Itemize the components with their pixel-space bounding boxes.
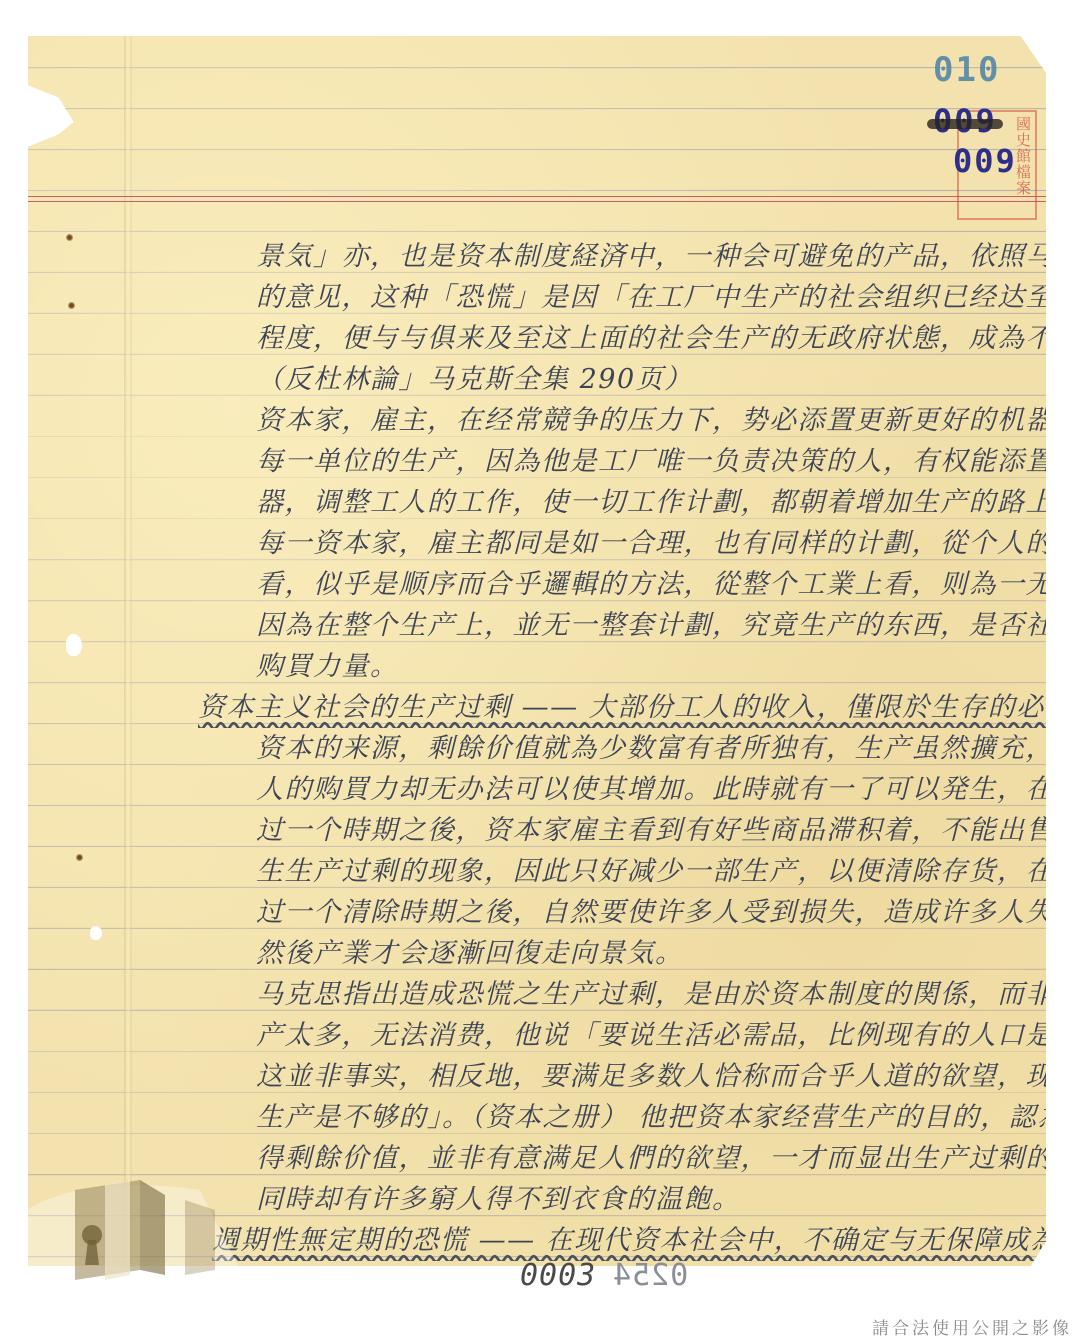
text-line: 然後产業才会逐漸回復走向景気。: [256, 933, 1076, 974]
text-line: 生生产过剩的现象，因此只好减少一部生产，以便清除存货，在经: [256, 851, 1076, 892]
archive-stamp-area: 國史館檔案 010 009 009: [905, 40, 1045, 200]
punch-hole: [68, 302, 75, 309]
text-line: 资本家，雇主，在经常競争的压力下，势必添置更新更好的机器，以增加: [256, 400, 1076, 441]
text-line: 马克思指出造成恐慌之生产过剩，是由於资本制度的関係，而非真的生: [256, 974, 1076, 1015]
text-line: 器，调整工人的工作，使一切工作计劃，都朝着增加生产的路上走。因為: [256, 482, 1076, 523]
text-line: 同時却有许多窮人得不到衣食的温飽。: [256, 1179, 1076, 1220]
section-heading-line: 週期性無定期的恐慌 —— 在现代资本社会中，不确定与无保障成為正常: [212, 1220, 1076, 1261]
paper-tear: [66, 634, 82, 656]
text-line: 过一个時期之後，资本家雇主看到有好些商品滞积着，不能出售，将会发: [256, 810, 1076, 851]
text-line: 看，似乎是顺序而合乎邏輯的方法，從整个工業上看，则為一无政府状態。: [256, 564, 1076, 605]
stamp-number-blue: 010: [933, 50, 1000, 90]
text-line: 生产是不够的」。（资本之册） 他把资本家经营生产的目的，認為是要取: [256, 1097, 1076, 1138]
text-line: 每一资本家，雇主都同是如一合理，也有同样的计劃，從个人的观点上: [256, 523, 1076, 564]
paper-tear: [90, 926, 102, 940]
stamp-page-number: 009: [953, 142, 1017, 180]
text-line: （反杜林論」马克斯全集 290页）: [256, 359, 1076, 400]
text-line: 得剩餘价值，並非有意满足人們的欲望，一才而显出生产过剩的现象: [256, 1138, 1076, 1179]
text-line: 购買力量。: [256, 646, 1076, 687]
paper-sheet: 景気」亦，也是资本制度経済中，一种会可避免的产品，依照马恩两氏 的意见，这种「恐…: [28, 36, 1046, 1266]
punch-hole: [76, 854, 83, 861]
text-line: 过一个清除時期之後，自然要使许多人受到损失，造成许多人失業，: [256, 892, 1076, 933]
section-heading-line: 资本主义社会的生产过剩 —— 大部份工人的收入，僅限於生存的必需線上: [198, 687, 1076, 728]
text-line: 景気」亦，也是资本制度経済中，一种会可避免的产品，依照马恩两氏: [256, 236, 1076, 277]
usage-notice: 請合法使用公開之影像: [872, 1314, 1072, 1339]
section-heading-crisis: 週期性無定期的恐慌 —— 在现代资本社会中，不确定与无保障成為正常: [212, 1225, 1076, 1256]
text-line: 这並非事实，相反地，要满足多数人恰称而合乎人道的欲望，现有的: [256, 1056, 1076, 1097]
punch-hole: [66, 234, 73, 241]
handwritten-text-block: 景気」亦，也是资本制度経済中，一种会可避免的产品，依照马恩两氏 的意见，这种「恐…: [256, 236, 1076, 1261]
text-line: 人的购買力却无办法可以使其增加。此時就有一了可以発生，在经: [256, 769, 1076, 810]
text-line: 产太多，无法消费，他说「要说生活必需品，比例现有的人口是生产太多，: [256, 1015, 1076, 1056]
margin-red-line: [28, 196, 1046, 197]
text-line: 每一单位的生产，因為他是工厂唯一负责决策的人，有权能添置新的机: [256, 441, 1076, 482]
text-line: 因為在整个生产上，並无一整套计劃，究竟生产的东西，是否社会上有此: [256, 605, 1076, 646]
text-line: 的意见，这种「恐慌」是因「在工厂中生产的社会组织已经达至某一种: [256, 277, 1076, 318]
mirrored-number: 0254: [612, 1258, 688, 1293]
stamp-number-crossed: 009: [933, 102, 997, 140]
text-line: 程度，便与与俱来及至这上面的社会生产的无政府状態，成為不能相容」。: [256, 318, 1076, 359]
bottom-archive-numbers: 00030254: [520, 1258, 689, 1293]
book-keyhole-icon: [0, 1160, 260, 1280]
margin-red-line: [28, 201, 1046, 202]
handwritten-number: 0003: [520, 1258, 596, 1293]
section-heading-overproduction: 资本主义社会的生产过剩 —— 大部份工人的收入，僅限於生存的必需線上: [198, 692, 1076, 723]
page-fold: [124, 36, 132, 1266]
text-line: 资本的来源，剩餘价值就為少数富有者所独有，生产虽然擴充，但是多数: [256, 728, 1076, 769]
